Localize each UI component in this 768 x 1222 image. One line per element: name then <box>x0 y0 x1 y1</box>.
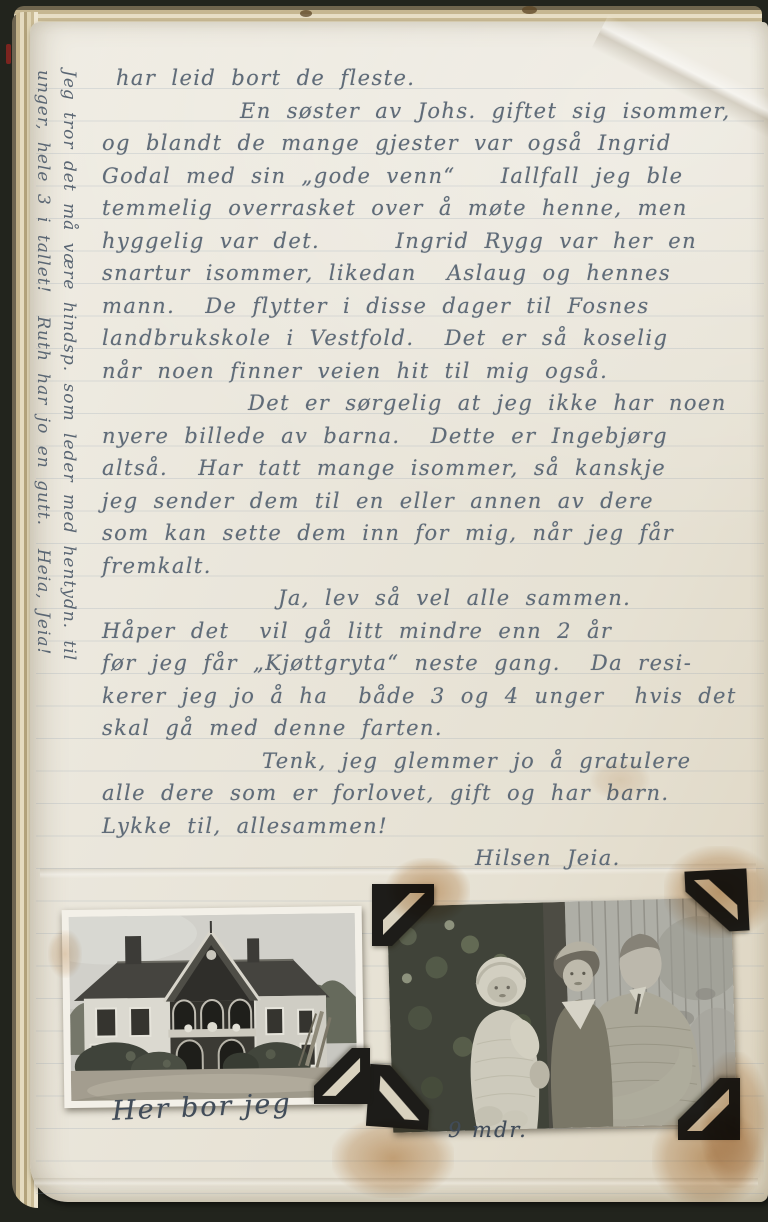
photo-corner <box>372 884 434 946</box>
handwritten-line: skal gå med denne farten. <box>102 712 750 745</box>
photo-corner <box>684 868 749 933</box>
handwritten-line: En søster av Johs. giftet sig isommer, <box>102 95 750 128</box>
handwritten-line: og blandt de mange gjester var også Ingr… <box>102 127 750 160</box>
handwritten-line: Det er sørgelig at jeg ikke har noen <box>102 387 750 420</box>
handwritten-line: temmelig overrasket over å møte henne, m… <box>102 192 750 225</box>
handwritten-line: snartur isommer, likedan Aslaug og henne… <box>102 257 750 290</box>
handwritten-line: kerer jeg jo å ha både 3 og 4 unger hvis… <box>102 680 750 713</box>
handwritten-line: Håper det vil gå litt mindre enn 2 år <box>102 615 750 648</box>
handwritten-line: landbrukskole i Vestfold. Det er så kose… <box>102 322 750 355</box>
margin-note-line: unger, hele 3 i tallet! Ruth har jo en g… <box>30 70 56 900</box>
margin-note-line: Jeg tror det må være hindsp. som leder m… <box>56 70 82 900</box>
handwritten-line: mann. De flytter i disse dager til Fosne… <box>102 290 750 323</box>
handwritten-line: Hilsen Jeia. <box>102 842 750 875</box>
handwritten-line: Tenk, jeg glemmer jo å gratulere <box>102 745 750 778</box>
handwritten-line: alle dere som er forlovet, gift og har b… <box>102 777 750 810</box>
handwritten-line: altså. Har tatt mange isommer, så kanskj… <box>102 452 750 485</box>
family-photo-caption: 9 mdr. <box>448 1118 528 1142</box>
handwritten-line: hyggelig var det. Ingrid Rygg var her en <box>102 225 750 258</box>
photo-corner <box>314 1048 370 1104</box>
scanned-album-page: Jeg tror det må være hindsp. som leder m… <box>0 0 768 1222</box>
handwritten-line: Ja, lev så vel alle sammen. <box>102 582 750 615</box>
handwritten-line: Godal med sin „gode venn“ Iallfall jeg b… <box>102 160 750 193</box>
photo-corner <box>366 1064 432 1130</box>
handwritten-line: når noen finner veien hit til mig også. <box>102 355 750 388</box>
red-mark <box>6 44 11 64</box>
handwritten-line: har leid bort de fleste. <box>102 62 750 95</box>
handwritten-line: som kan sette dem inn for mig, når jeg f… <box>102 517 750 550</box>
margin-note: Jeg tror det må være hindsp. som leder m… <box>30 70 82 900</box>
handwritten-line: jeg sender dem til en eller annen av der… <box>102 485 750 518</box>
rust-stain <box>300 10 312 17</box>
photo-corner <box>678 1078 740 1140</box>
letter-body: har leid bort de fleste.En søster av Joh… <box>102 62 750 875</box>
handwritten-line: fremkalt. <box>102 550 750 583</box>
handwritten-line: Lykke til, allesammen! <box>102 810 750 843</box>
rust-stain <box>522 6 537 14</box>
handwritten-line: før jeg får „Kjøttgryta“ neste gang. Da … <box>102 647 750 680</box>
handwritten-line: nyere billede av barna. Dette er Ingebjø… <box>102 420 750 453</box>
